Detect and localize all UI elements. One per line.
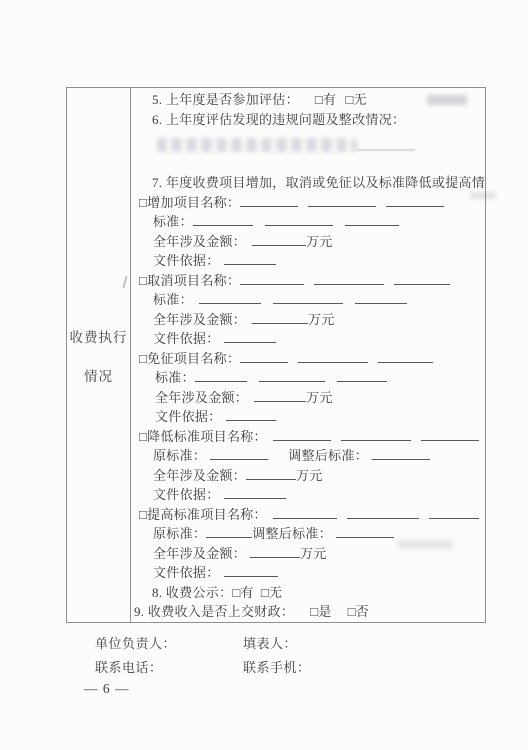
spacer	[288, 362, 298, 363]
form-text: 文件依据：	[153, 565, 220, 580]
item-5-evaluation: 5. 上年度是否参加评估：□有□无	[131, 90, 485, 110]
checkbox-add-item[interactable]: □	[139, 195, 147, 210]
add-document-blank[interactable]	[224, 253, 276, 265]
form-text: 原标准：	[153, 526, 206, 541]
form-text: 7. 年度收费项目增加，取消或免征以及标准降低或提高情况：	[152, 175, 485, 190]
exempt-name-blank-3[interactable]	[378, 351, 433, 363]
exempt-amount-blank[interactable]	[254, 390, 306, 402]
raise-new-standard-blank[interactable]	[336, 526, 394, 538]
raise-name-blank-3[interactable]	[429, 507, 479, 519]
add-item-standard: 标准：	[131, 212, 485, 232]
raise-name-blank-2[interactable]	[347, 507, 419, 519]
spacer	[331, 440, 341, 441]
form-text: 万元	[308, 312, 335, 327]
lower-name-blank-1[interactable]	[273, 429, 331, 441]
spacer	[332, 615, 348, 616]
checkbox-exempt-item[interactable]: □	[139, 351, 147, 366]
lower-old-standard-blank[interactable]	[210, 448, 268, 460]
form-text: 9. 收费收入是否上交财政：	[134, 604, 294, 619]
spacer	[384, 284, 394, 285]
checkbox-publicity-no[interactable]: □无	[261, 585, 282, 600]
spacer	[325, 381, 337, 382]
exempt-standard-blank-3[interactable]	[337, 370, 387, 382]
add-standard-blank-2[interactable]	[265, 214, 333, 226]
raise-old-standard-blank[interactable]	[206, 526, 252, 538]
raise-name-blank-1[interactable]	[273, 507, 337, 519]
form-text: 免征项目名称：	[147, 351, 240, 366]
spacer	[376, 206, 386, 207]
form-text: 8. 收费公示：	[152, 585, 232, 600]
spacer	[343, 303, 355, 304]
cancel-item-name: □取消项目名称：	[131, 271, 485, 291]
spacer	[294, 615, 310, 616]
checkbox-publicity-yes[interactable]: □有	[232, 585, 253, 600]
add-name-blank-3[interactable]	[386, 195, 444, 207]
checkbox-lower-standard-item[interactable]: □	[139, 429, 147, 444]
lower-standard-amount: 全年涉及金额：万元	[131, 466, 485, 486]
form-text: 降低标准项目名称：	[147, 429, 267, 444]
cancel-item-amount: 全年涉及金额：万元	[131, 310, 485, 330]
ink-bleedthrough-artifact	[157, 138, 357, 152]
spacer	[368, 362, 378, 363]
item-7-fee-changes: 7. 年度收费项目增加，取消或免征以及标准降低或提高情况：	[131, 173, 485, 193]
form-text: 万元	[306, 234, 333, 249]
row-header-cell: 收费执行 情况	[67, 88, 131, 622]
form-text: 文件依据：	[153, 487, 220, 502]
form-text: 全年涉及金额：	[155, 390, 248, 405]
checkbox-evaluation-yes[interactable]: □有	[315, 92, 336, 107]
checkbox-turnover-yes[interactable]: □是	[310, 604, 331, 619]
scan-line-artifact	[357, 149, 415, 151]
scanned-form-page: { "page": { "number": "— 6 —" }, "colors…	[0, 0, 528, 750]
raise-document-blank[interactable]	[224, 565, 278, 577]
checkbox-cancel-item[interactable]: □	[139, 273, 147, 288]
form-text: 全年涉及金额：	[153, 546, 246, 561]
lower-standard-document: 文件依据：	[131, 485, 485, 505]
exempt-standard-blank-1[interactable]	[195, 370, 247, 382]
contact-mobile-label: 联系手机：	[243, 657, 311, 676]
raise-amount-blank[interactable]	[250, 546, 300, 558]
exempt-standard-blank-2[interactable]	[259, 370, 325, 382]
exempt-name-blank-1[interactable]	[240, 351, 288, 363]
form-text: 调整后标准：	[252, 526, 332, 541]
form-text: 调整后标准：	[288, 448, 368, 463]
form-text: 文件依据：	[153, 331, 220, 346]
form-text: 6. 上年度评估发现的违规问题及整改情况：	[152, 112, 405, 127]
form-text: 5. 上年度是否参加评估：	[152, 92, 299, 107]
spacer	[333, 225, 345, 226]
form-text: 文件依据：	[153, 253, 220, 268]
row-header-line2: 情况	[84, 365, 113, 385]
exempt-item-amount: 全年涉及金额：万元	[131, 388, 485, 408]
item-8-fee-publicity: 8. 收费公示：□有□无	[131, 583, 485, 603]
cancel-standard-blank-3[interactable]	[355, 292, 407, 304]
form-text: 提高标准项目名称：	[147, 507, 267, 522]
form-text: 万元	[300, 546, 327, 561]
cancel-name-blank-1[interactable]	[240, 273, 304, 285]
spacer	[304, 284, 314, 285]
spacer	[298, 206, 308, 207]
add-name-blank-2[interactable]	[308, 195, 376, 207]
cancel-amount-blank[interactable]	[252, 312, 308, 324]
checkbox-evaluation-no[interactable]: □无	[345, 92, 366, 107]
fee-status-table: 收费执行 情况 5. 上年度是否参加评估：□有□无6. 上年度评估发现的违规问题…	[66, 87, 486, 623]
checkbox-raise-standard-item[interactable]: □	[139, 507, 147, 522]
contact-phone-label: 联系电话：	[95, 657, 163, 676]
bleedthrough-gap	[131, 129, 485, 173]
form-text: 标准：	[155, 370, 195, 385]
form-text: 全年涉及金额：	[153, 312, 246, 327]
exempt-item-name: □免征项目名称：	[131, 349, 485, 369]
item-6-issues: 6. 上年度评估发现的违规问题及整改情况：	[131, 110, 485, 130]
spacer	[261, 303, 273, 304]
page-number: — 6 —	[84, 681, 130, 697]
raise-standard-item-name: □提高标准项目名称：	[131, 505, 485, 525]
spacer	[247, 381, 259, 382]
exempt-name-blank-2[interactable]	[298, 351, 368, 363]
add-item-document: 文件依据：	[131, 251, 485, 271]
spacer	[253, 225, 265, 226]
add-amount-blank[interactable]	[252, 234, 306, 246]
spacer	[268, 459, 288, 460]
form-text: 文件依据：	[155, 409, 222, 424]
form-text: 增加项目名称：	[147, 195, 240, 210]
exempt-item-standard: 标准：	[131, 368, 485, 388]
unit-head-label: 单位负责人：	[95, 633, 176, 652]
form-lines: 5. 上年度是否参加评估：□有□无6. 上年度评估发现的违规问题及整改情况：7.…	[131, 90, 485, 622]
add-name-blank-1[interactable]	[240, 195, 298, 207]
form-text: 标准：	[153, 214, 193, 229]
add-item-name: □增加项目名称：	[131, 193, 485, 213]
raise-standard-amount: 全年涉及金额：万元	[131, 544, 485, 564]
form-text: 全年涉及金额：	[153, 234, 246, 249]
cancel-item-document: 文件依据：	[131, 329, 485, 349]
cancel-standard-blank-1[interactable]	[199, 292, 261, 304]
form-text: 原标准：	[153, 448, 206, 463]
exempt-document-blank[interactable]	[226, 409, 276, 421]
spacer	[337, 518, 347, 519]
form-filler-label: 填表人：	[243, 633, 297, 652]
lower-name-blank-3[interactable]	[421, 429, 479, 441]
form-text: 标准：	[153, 292, 193, 307]
exempt-item-document: 文件依据：	[131, 407, 485, 427]
spacer	[254, 596, 261, 597]
cancel-document-blank[interactable]	[224, 331, 276, 343]
cancel-standard-blank-2[interactable]	[273, 292, 343, 304]
item-9-fee-turnover: 9. 收费收入是否上交财政：□是□否	[131, 602, 485, 622]
form-text: 全年涉及金额：	[153, 468, 246, 483]
cancel-name-blank-3[interactable]	[394, 273, 450, 285]
lower-amount-blank[interactable]	[246, 468, 296, 480]
form-text: 万元	[306, 390, 333, 405]
spacer	[336, 103, 345, 104]
lower-new-standard-blank[interactable]	[372, 448, 430, 460]
cancel-name-blank-2[interactable]	[314, 273, 384, 285]
raise-standard-document: 文件依据：	[131, 563, 485, 583]
spacer	[411, 440, 421, 441]
add-standard-blank-3[interactable]	[345, 214, 399, 226]
checkbox-turnover-no[interactable]: □否	[348, 604, 369, 619]
form-text: 万元	[296, 468, 323, 483]
spacer	[299, 103, 315, 104]
raise-standard-old-new: 原标准：调整后标准：	[131, 524, 485, 544]
form-content-cell: 5. 上年度是否参加评估：□有□无6. 上年度评估发现的违规问题及整改情况：7.…	[131, 88, 485, 622]
lower-standard-old-new: 原标准：调整后标准：	[131, 446, 485, 466]
cancel-item-standard: 标准：	[131, 290, 485, 310]
lower-standard-item-name: □降低标准项目名称：	[131, 427, 485, 447]
add-standard-blank-1[interactable]	[193, 214, 253, 226]
row-header-line1: 收费执行	[70, 326, 128, 346]
spacer	[419, 518, 429, 519]
add-item-amount: 全年涉及金额：万元	[131, 232, 485, 252]
form-text: 取消项目名称：	[147, 273, 240, 288]
lower-document-blank[interactable]	[224, 487, 286, 499]
lower-name-blank-2[interactable]	[341, 429, 411, 441]
